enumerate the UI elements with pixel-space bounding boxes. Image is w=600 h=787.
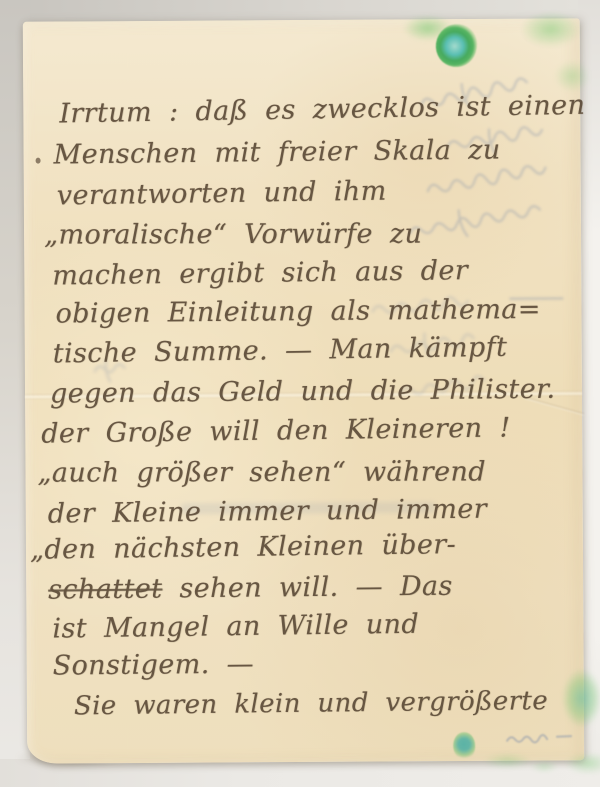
handwriting-line: schattet sehen will. — Das [48,572,453,606]
handwriting-line: Sonstigem. — [53,650,255,682]
handwriting-line: Irrtum : daß es zwecklos ist einen [59,91,585,129]
photograph-stage: Irrtum : daß es zwecklos ist einen Mensc… [0,0,600,787]
handwriting-line: gegen das Geld und die Philister. [50,375,556,410]
handwritten-text-block: Irrtum : daß es zwecklos ist einen Mensc… [23,18,585,763]
letter-paper: Irrtum : daß es zwecklos ist einen Mensc… [23,18,585,763]
handwriting-line: Sie waren klein und vergrößerte [74,687,548,721]
handwriting-line: machen ergibt sich aus der [52,256,468,291]
handwriting-line: tische Summe. — Man kämpft [53,333,508,369]
handwriting-line: „auch größer sehen“ während [37,457,486,488]
handwriting-line: obigen Einleitung als mathema= [55,295,541,329]
handwriting-line: verantworten und ihm [57,177,387,212]
handwriting-line: Menschen mit freier Skala zu [53,135,500,170]
handwriting-line: der Große will den Kleineren ! [41,413,511,449]
strikethrough-word: schattet [48,573,162,605]
handwriting-line: ist Mangel an Wille und [52,610,419,644]
handwriting-line: der Kleine immer und immer [48,495,488,530]
handwriting-line: „den nächsten Kleinen über- [30,530,456,565]
handwriting-line: „moralische“ Vorwürfe zu [44,220,422,251]
